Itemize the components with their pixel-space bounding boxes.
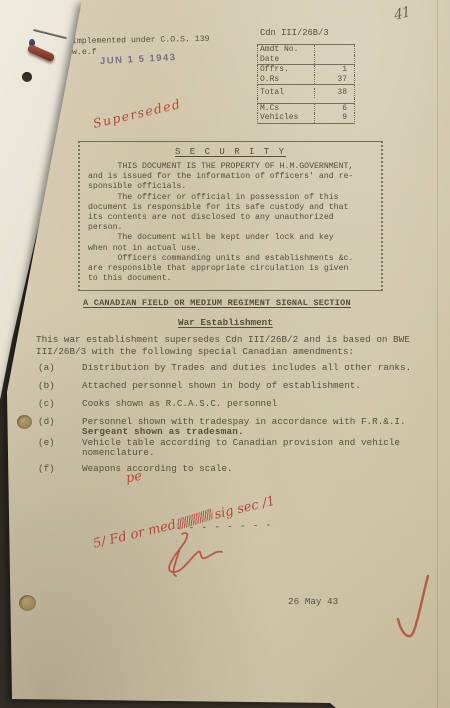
list-item: (e)Vehicle table according to Canadian p…	[38, 438, 438, 458]
table-row: Vehicles9	[257, 113, 355, 124]
list-item: (f)Weapons according to scale.	[38, 464, 438, 474]
table-row: M.Cs6	[257, 104, 355, 114]
implemented-note-line2: w.e.f	[72, 48, 97, 58]
strength-summary-table: Amdt No. Date Offrs.1 O.Rs37 Total38 M.C…	[257, 44, 355, 124]
intro-paragraph: This war establishment supersedes Cdn II…	[36, 334, 410, 357]
punch-hole-bottom	[19, 595, 36, 611]
table-row: Total38	[257, 85, 355, 98]
implemented-note-line1: Implemented under C.O.S. 139	[72, 35, 210, 47]
document-page: Implemented under C.O.S. 139 w.e.f JUN 1…	[0, 0, 450, 708]
table-row: Offrs.1	[257, 65, 355, 75]
paper-sheet: Implemented under C.O.S. 139 w.e.f JUN 1…	[0, 0, 450, 708]
list-item: (d)Personnel shown with tradespay in acc…	[38, 417, 438, 437]
red-note-tail: sig sec /1	[213, 494, 277, 523]
security-notice-box: S E C U R I T Y THIS DOCUMENT IS THE PRO…	[78, 141, 383, 291]
pencil-page-number: 41	[393, 4, 410, 24]
table-row: O.Rs37	[257, 75, 355, 86]
signature-scribble	[150, 528, 250, 578]
list-item: (a)Distribution by Trades and duties inc…	[38, 363, 438, 373]
punch-hole-middle	[17, 415, 32, 429]
table-row: Date	[257, 55, 355, 66]
security-body-text: THIS DOCUMENT IS THE PROPERTY OF H.M.GOV…	[88, 162, 373, 284]
table-row: Amdt No.	[257, 45, 355, 55]
list-item: (b)Attached personnel shown in body of e…	[38, 381, 438, 391]
document-title: A CANADIAN FIELD OR MEDIUM REGIMENT SIGN…	[83, 298, 351, 308]
document-date: 26 May 43	[288, 596, 338, 607]
list-item: (c)Cooks shown as R.C.A.S.C. personnel	[38, 399, 438, 409]
superseded-annotation: Superseded	[91, 96, 182, 131]
reference-number: Cdn III/26B/3	[260, 28, 329, 38]
date-stamp: JUN 1 5 1943	[100, 52, 177, 67]
document-subtitle: War Establishment	[178, 317, 273, 328]
red-checkmark-icon	[388, 572, 438, 652]
amendments-list: (a)Distribution by Trades and duties inc…	[38, 363, 438, 474]
security-title: S E C U R I T Y	[88, 147, 373, 157]
